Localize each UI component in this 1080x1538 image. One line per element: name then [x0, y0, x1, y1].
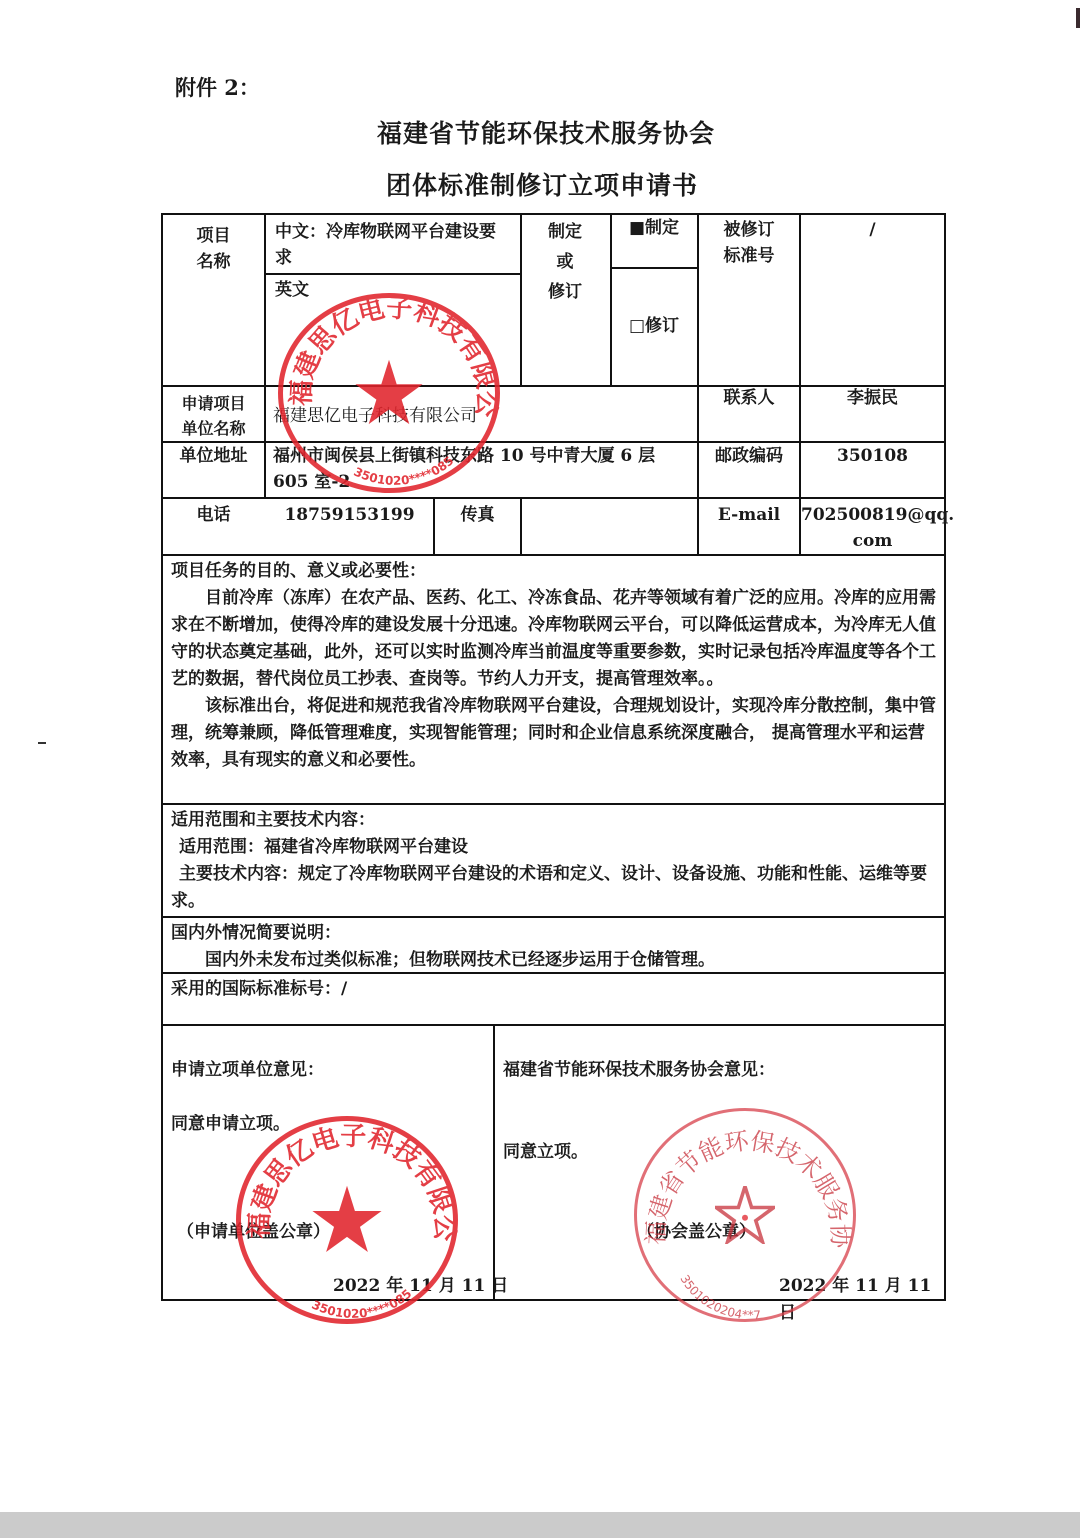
contact-value: 李振民	[801, 385, 944, 411]
intl-standard-number: 采用的国际标准标号：/	[171, 976, 939, 1003]
bottom-bar	[0, 1512, 1080, 1538]
association-opinion-text: 同意立项。	[503, 1139, 588, 1166]
situation-text: 国内外未发布过类似标准；但物联网技术已经逐步运用于仓储管理。	[171, 947, 939, 974]
email-value: 702500819@qq. com	[801, 502, 944, 554]
applicant-seal-note: （申请单位盖公章）	[177, 1219, 330, 1246]
scope-heading: 适用范围和主要技术内容：	[171, 807, 939, 834]
scope-section: 适用范围和主要技术内容： 适用范围：福建省冷库物联网平台建设 主要技术内容：规定…	[171, 807, 939, 915]
situation-section: 国内外情况简要说明： 国内外未发布过类似标准；但物联网技术已经逐步运用于仓储管理…	[171, 920, 939, 974]
purpose-paragraph-1: 目前冷库（冻库）在农产品、医药、化工、冷冻食品、花卉等领域有着广泛的应用。冷库的…	[171, 585, 939, 693]
fax-label: 传真	[435, 502, 520, 528]
revised-standard-label: 被修订 标准号	[699, 217, 799, 269]
applicant-opinion-text: 同意申请立项。	[171, 1111, 290, 1138]
applicant-date: 2022 年 11 月 11 日	[333, 1273, 508, 1300]
revised-standard-value: /	[801, 217, 944, 243]
purpose-heading: 项目任务的目的、意义或必要性：	[171, 558, 939, 585]
phone-value: 18759153199	[266, 502, 433, 528]
postcode-value: 350108	[801, 443, 944, 469]
applicant-unit-label: 申请项目 单位名称	[163, 391, 264, 441]
scope-technical-content: 主要技术内容：规定了冷库物联网平台建设的术语和定义、设计、设备设施、功能和性能、…	[171, 861, 939, 915]
scope-applicable-range: 适用范围：福建省冷库物联网平台建设	[171, 834, 939, 861]
postcode-label: 邮政编码	[699, 443, 799, 469]
applicant-unit-name: 福建思亿电子科技有限公司	[273, 403, 477, 429]
email-label: E-mail	[699, 502, 799, 528]
formulate-checkbox[interactable]: ■制定	[629, 215, 679, 241]
address-value: 福州市闽侯县上街镇科技东路 10 号中青大厦 6 层 605 室-2	[273, 443, 693, 495]
address-label: 单位地址	[163, 443, 264, 469]
attachment-label: 附件 2：	[175, 72, 260, 102]
revise-checkbox[interactable]: □修订	[629, 313, 679, 339]
scan-artifact	[1076, 8, 1080, 28]
association-opinion-heading: 福建省节能环保技术服务协会意见：	[503, 1057, 775, 1084]
situation-heading: 国内外情况简要说明：	[171, 920, 939, 947]
purpose-paragraph-2: 该标准出台，将促进和规范我省冷库物联网平台建设，合理规划设计，实现冷库分散控制，…	[171, 693, 939, 774]
document-title: 团体标准制修订立项申请书	[0, 166, 1080, 202]
organization-title: 福建省节能环保技术服务协会	[0, 114, 1080, 150]
formulate-or-revise-label: 制定 或 修订	[520, 217, 610, 307]
phone-label: 电话	[163, 502, 264, 528]
contact-label: 联系人	[699, 385, 799, 411]
project-name-label: 项目 名称	[163, 223, 264, 275]
applicant-opinion-heading: 申请立项单位意见：	[171, 1057, 324, 1084]
project-english-label: 英文	[275, 277, 309, 303]
association-date: 2022 年 11 月 11 日	[779, 1273, 944, 1327]
purpose-section: 项目任务的目的、意义或必要性： 目前冷库（冻库）在农产品、医药、化工、冷冻食品、…	[171, 558, 939, 774]
application-form-table: 项目 名称 中文：冷库物联网平台建设要 求 英文 制定 或 修订 ■制定 □修订…	[161, 213, 946, 1301]
association-seal-note: （协会盖公章）	[637, 1219, 756, 1246]
scan-artifact	[38, 742, 46, 744]
project-chinese-name: 中文：冷库物联网平台建设要 求	[275, 219, 515, 271]
